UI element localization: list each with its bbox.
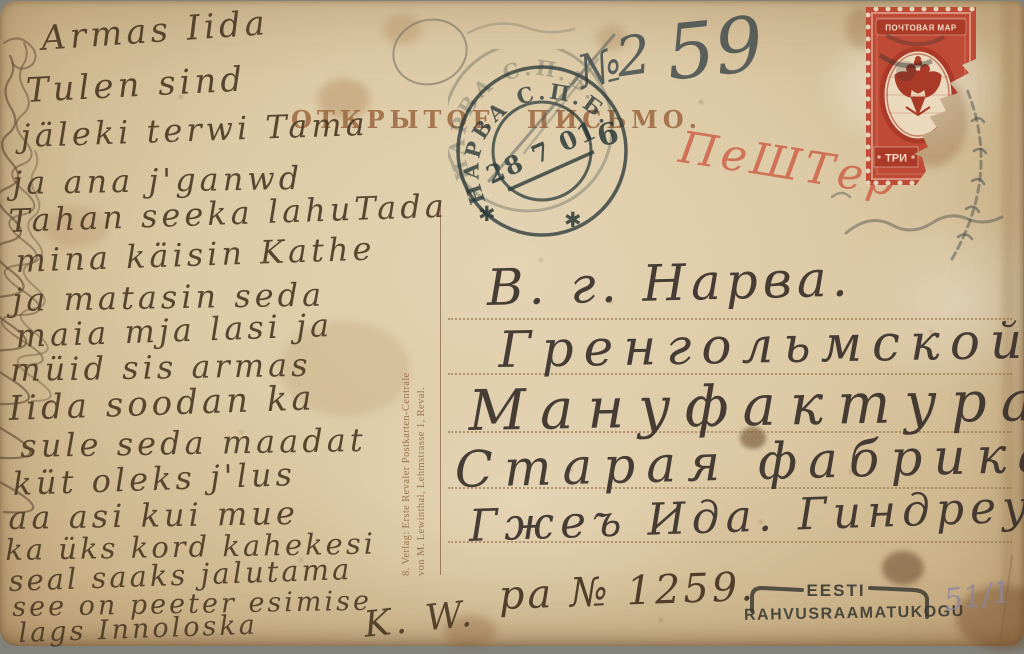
library-stamp-top-text: EESTI <box>806 581 865 600</box>
pencil-slash <box>524 59 598 153</box>
freehand-marks <box>0 1 1024 647</box>
library-stamp-bottom-text: RAHVUSRAAMATUKOGU <box>744 603 965 625</box>
pencil-slash <box>489 35 614 181</box>
edge-scribble <box>4 38 36 68</box>
postcard-scan: ОТКРЫТОЕ ПИСЬМО. 8. Verlag: Erste Revale… <box>0 0 1024 654</box>
edge-scribble <box>2 43 43 365</box>
postcard: ОТКРЫТОЕ ПИСЬМО. 8. Verlag: Erste Revale… <box>0 1 1023 646</box>
partial-postmark-arc <box>952 87 981 259</box>
cancel-squiggle <box>846 216 1002 233</box>
